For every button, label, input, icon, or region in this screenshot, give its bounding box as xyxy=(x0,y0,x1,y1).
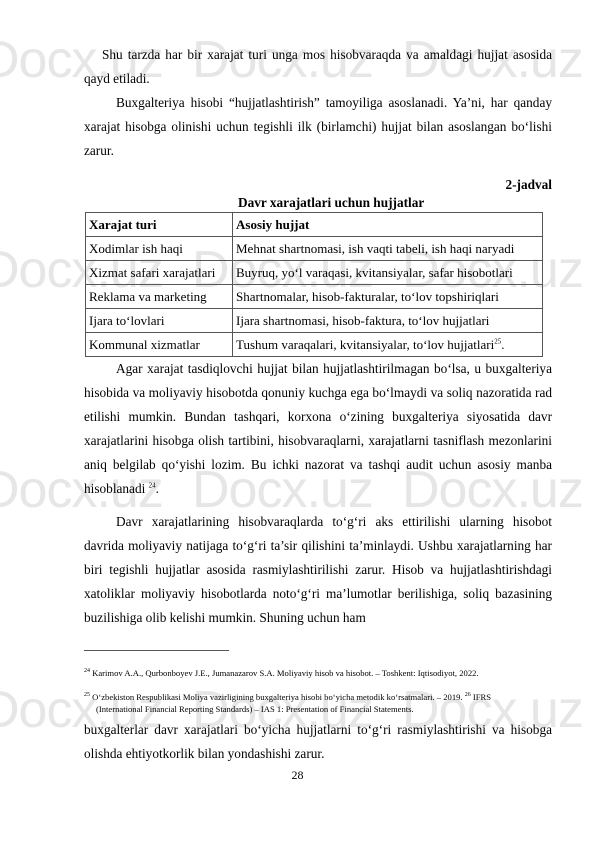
paragraph-2: Buxgalteriya hisobi “hujjatlashtirish” t… xyxy=(84,91,552,163)
table-title: Davr xarajatlari uchun hujjatlar xyxy=(238,195,424,211)
header-expense-type: Xarajat turi xyxy=(86,213,233,237)
cell-main-document: Mehnat shartnomasi, ish vaqti tabeli, is… xyxy=(233,237,543,261)
table-number: 2-jadval xyxy=(505,177,552,193)
table-row: Ijara to‘lovlari Ijara shartnomasi, hiso… xyxy=(86,309,543,333)
footnote-separator xyxy=(84,650,229,651)
footnote-ref-24[interactable]: 24 xyxy=(149,482,156,490)
cell-expense-type: Kommunal xizmatlar xyxy=(86,333,233,357)
footnote-25: 25 O‘zbekiston Respublikasi Moliya vazir… xyxy=(84,691,516,715)
page-number: 28 xyxy=(0,768,595,783)
cell-expense-type: Reklama va marketing xyxy=(86,285,233,309)
cell-period: . xyxy=(501,337,504,352)
footnote-number: 26 xyxy=(465,692,471,698)
paragraph-5: buxgalterlar davr xarajatlari bo‘yicha h… xyxy=(84,718,552,766)
cell-expense-type: Ijara to‘lovlari xyxy=(86,309,233,333)
paragraph-3-text: Agar xarajat tasdiqlovchi hujjat bilan h… xyxy=(84,361,552,496)
paragraph-1: Shu tarzda har bir xarajat turi unga mos… xyxy=(84,43,552,91)
paragraph-3-period: . xyxy=(156,481,159,496)
table-header-row: Xarajat turi Asosiy hujjat xyxy=(86,213,543,237)
cell-main-document: Buyruq, yo‘l varaqasi, kvitansiyalar, sa… xyxy=(233,261,543,285)
cell-expense-type: Xizmat safari xarajatlari xyxy=(86,261,233,285)
footnote-24: 24 Karimov A.A., Qurbonboyev J.E., Juman… xyxy=(84,667,516,679)
cell-main-document: Shartnomalar, hisob-fakturalar, to‘lov t… xyxy=(233,285,543,309)
footnote-text: O‘zbekiston Respublikasi Moliya vazirlig… xyxy=(92,692,462,702)
table-row: Xodimlar ish haqi Mehnat shartnomasi, is… xyxy=(86,237,543,261)
footnote-number: 25 xyxy=(84,692,90,698)
document-page: Shu tarzda har bir xarajat turi unga mos… xyxy=(0,0,595,842)
cell-text: Tushum varaqalari, kvitansiyalar, to‘lov… xyxy=(236,337,494,352)
cell-main-document: Ijara shartnomasi, hisob-faktura, to‘lov… xyxy=(233,309,543,333)
table-row: Xizmat safari xarajatlari Buyruq, yo‘l v… xyxy=(86,261,543,285)
paragraph-4: Davr xarajatlarining hisobvaraqlarda to‘… xyxy=(84,510,552,630)
footnote-number: 24 xyxy=(84,668,90,674)
expense-documents-table: Xarajat turi Asosiy hujjat Xodimlar ish … xyxy=(85,212,543,357)
table-row: Reklama va marketing Shartnomalar, hisob… xyxy=(86,285,543,309)
cell-expense-type: Xodimlar ish haqi xyxy=(86,237,233,261)
table-row: Kommunal xizmatlar Tushum varaqalari, kv… xyxy=(86,333,543,357)
paragraph-3: Agar xarajat tasdiqlovchi hujjat bilan h… xyxy=(84,357,552,501)
header-main-document: Asosiy hujjat xyxy=(233,213,543,237)
cell-main-document: Tushum varaqalari, kvitansiyalar, to‘lov… xyxy=(233,333,543,357)
footnote-text: Karimov A.A., Qurbonboyev J.E., Jumanaza… xyxy=(92,668,478,678)
